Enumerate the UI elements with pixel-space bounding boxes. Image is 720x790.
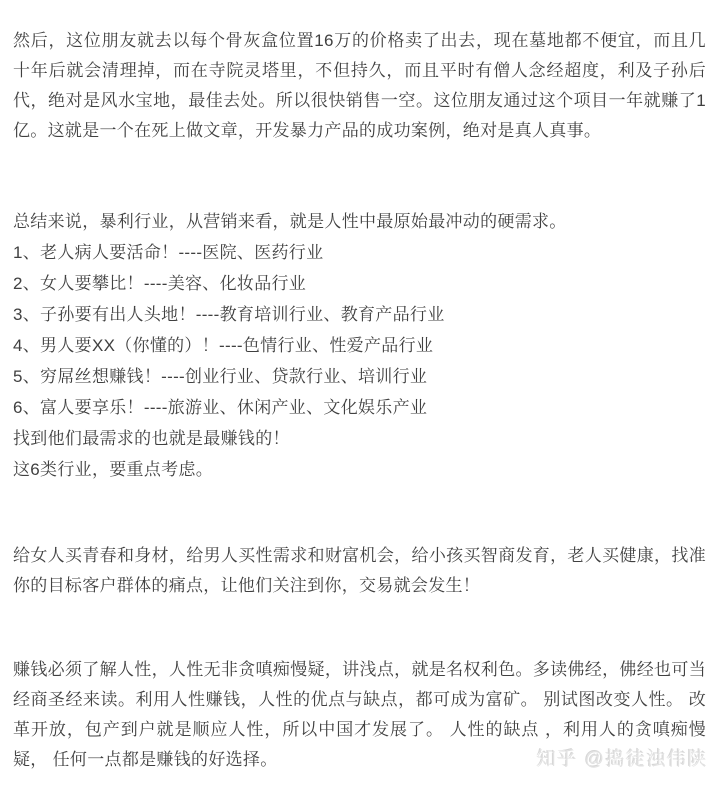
zhihu-watermark-text: 知乎 @捣徒浊伟陕 <box>537 749 708 770</box>
list-item-6: 6、富人要享乐！----旅游业、休闲产业、文化娱乐产业 <box>13 392 706 423</box>
list-item-3: 3、子孙要有出人头地！----教育培训行业、教育产品行业 <box>13 299 706 330</box>
list-item-4: 4、男人要XX（你懂的）！----色情行业、性爱产品行业 <box>13 330 706 361</box>
list-item-5: 5、穷屌丝想赚钱！----创业行业、贷款行业、培训行业 <box>13 361 706 392</box>
zhihu-watermark: 知乎 @捣徒浊伟陕 <box>537 746 708 774</box>
paragraph-story: 然后，这位朋友就去以每个骨灰盒位置16万的价格卖了出去，现在墓地都不便宜，而且几… <box>13 26 706 146</box>
list-item-2: 2、女人要攀比！----美容、化妆品行业 <box>13 268 706 299</box>
article-page: 然后，这位朋友就去以每个骨灰盒位置16万的价格卖了出去，现在墓地都不便宜，而且几… <box>0 0 720 790</box>
paragraph-targeting: 给女人买青春和身材，给男人买性需求和财富机会，给小孩买智商发育，老人买健康，找准… <box>13 541 706 601</box>
list-outro-1: 找到他们最需求的也就是最赚钱的！ <box>13 423 706 454</box>
list-outro-2: 这6类行业，要重点考虑。 <box>13 454 706 485</box>
industry-list-block: 总结来说，暴利行业，从营销来看，就是人性中最原始最冲动的硬需求。 1、老人病人要… <box>13 206 706 485</box>
list-intro: 总结来说，暴利行业，从营销来看，就是人性中最原始最冲动的硬需求。 <box>13 206 706 237</box>
list-item-1: 1、老人病人要活命！----医院、医药行业 <box>13 237 706 268</box>
